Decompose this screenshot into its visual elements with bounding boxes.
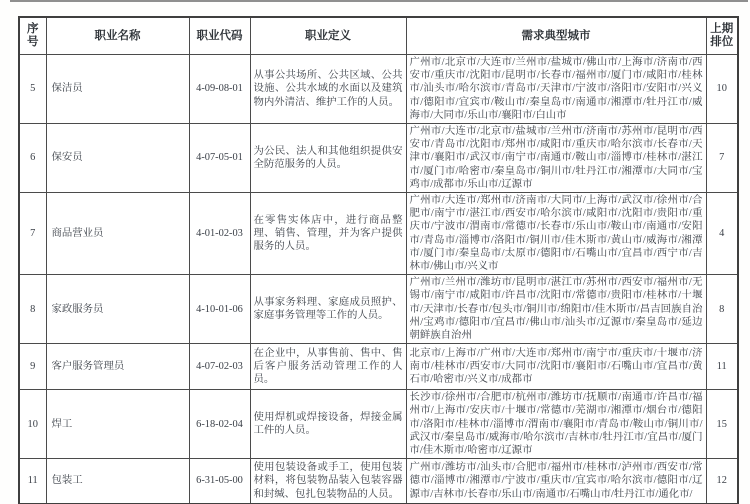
cell-definition: 使用焊机或焊接设备，焊接金属工件的人员。 [250,390,406,459]
header-previous-rank: 上期排位 [706,17,738,55]
previous-row-cut-border [10,0,748,2]
cell-occupation-name: 包装工 [46,459,189,504]
cell-occupation-code: 4-01-02-03 [189,193,250,275]
cell-serial: 6 [19,124,46,193]
cell-occupation-code: 6-31-05-00 [189,459,250,504]
cell-cities: 广州市/兰州市/潍坊市/昆明市/湛江市/苏州市/西安市/福州市/无锡市/南宁市/… [406,275,706,344]
cell-previous-rank: 12 [706,459,738,504]
header-occupation-name: 职业名称 [46,17,189,55]
header-demand-cities: 需求典型城市 [406,17,706,55]
cell-previous-rank: 4 [706,193,738,275]
table-row: 11 包装工 6-31-05-00 使用包装设备或手工，使用包装材料，将包装物品… [19,459,738,504]
cell-cities: 广州市/北京市/大连市/兰州市/盐城市/佛山市/上海市/济南市/西安市/重庆市/… [406,55,706,124]
cell-previous-rank: 11 [706,344,738,390]
occupation-demand-table: 序号 职业名称 职业代码 职业定义 需求典型城市 上期排位 5 保洁员 4-09… [18,16,739,504]
cell-occupation-code: 4-10-01-06 [189,275,250,344]
cell-serial: 5 [19,55,46,124]
cell-definition: 在企业中，从事售前、售中、售后客户服务活动管理工作的人员。 [250,344,406,390]
header-occupation-code: 职业代码 [189,17,250,55]
cell-cities: 长沙市/徐州市/合肥市/杭州市/潍坊市/抚顺市/南通市/许昌市/福州市/上海市/… [406,390,706,459]
cell-cities: 广州市/大连市/郑州市/济南市/大同市/上海市/武汉市/徐州市/合肥市/南宁市/… [406,193,706,275]
table-row: 6 保安员 4-07-05-01 为公民、法人和其他组织提供安全防范服务的人员。… [19,124,738,193]
cell-occupation-name: 保洁员 [46,55,189,124]
cell-serial: 9 [19,344,46,390]
cell-definition: 从事公共场所、公共区域、公共设施、公共水域的水面以及建筑物内外清洁、维护工作的人… [250,55,406,124]
cell-occupation-name: 家政服务员 [46,275,189,344]
cell-occupation-name: 焊工 [46,390,189,459]
cell-occupation-name: 客户服务管理员 [46,344,189,390]
cell-occupation-code: 4-07-05-01 [189,124,250,193]
cell-cities: 广州市/大连市/北京市/盐城市/兰州市/济南市/苏州市/昆明市/西安市/青岛市/… [406,124,706,193]
cell-serial: 10 [19,390,46,459]
cell-occupation-code: 6-18-02-04 [189,390,250,459]
cell-previous-rank: 8 [706,275,738,344]
header-occupation-definition: 职业定义 [250,17,406,55]
cell-definition: 使用包装设备或手工，使用包装材料，将包装物品装入包装容器和封缄、包扎包装物品的人… [250,459,406,504]
cell-previous-rank: 15 [706,390,738,459]
cell-previous-rank: 7 [706,124,738,193]
cell-definition: 在零售实体店中，进行商品整理、销售、管理，并为客户提供服务的人员。 [250,193,406,275]
table-row: 7 商品营业员 4-01-02-03 在零售实体店中，进行商品整理、销售、管理，… [19,193,738,275]
table-row: 10 焊工 6-18-02-04 使用焊机或焊接设备，焊接金属工件的人员。 长沙… [19,390,738,459]
cell-occupation-code: 4-09-08-01 [189,55,250,124]
cell-cities: 广州市/潍坊市/汕头市/合肥市/福州市/桂林市/泸州市/西安市/常德市/淄博市/… [406,459,706,504]
cell-occupation-code: 4-07-02-03 [189,344,250,390]
document-page: 序号 职业名称 职业代码 职业定义 需求典型城市 上期排位 5 保洁员 4-09… [0,0,750,504]
cell-cities: 北京市/上海市/广州市/大连市/郑州市/南宁市/重庆市/十堰市/济南市/桂林市/… [406,344,706,390]
cell-previous-rank: 10 [706,55,738,124]
cell-definition: 为公民、法人和其他组织提供安全防范服务的人员。 [250,124,406,193]
cell-occupation-name: 保安员 [46,124,189,193]
table-header-row: 序号 职业名称 职业代码 职业定义 需求典型城市 上期排位 [19,17,738,55]
header-serial: 序号 [19,17,46,55]
cell-definition: 从事家务料理、家庭成员照护、家庭事务管理等工作的人员。 [250,275,406,344]
table-row: 9 客户服务管理员 4-07-02-03 在企业中，从事售前、售中、售后客户服务… [19,344,738,390]
cell-occupation-name: 商品营业员 [46,193,189,275]
cell-serial: 11 [19,459,46,504]
table-row: 5 保洁员 4-09-08-01 从事公共场所、公共区域、公共设施、公共水域的水… [19,55,738,124]
cell-serial: 7 [19,193,46,275]
cell-serial: 8 [19,275,46,344]
table-row: 8 家政服务员 4-10-01-06 从事家务料理、家庭成员照护、家庭事务管理等… [19,275,738,344]
